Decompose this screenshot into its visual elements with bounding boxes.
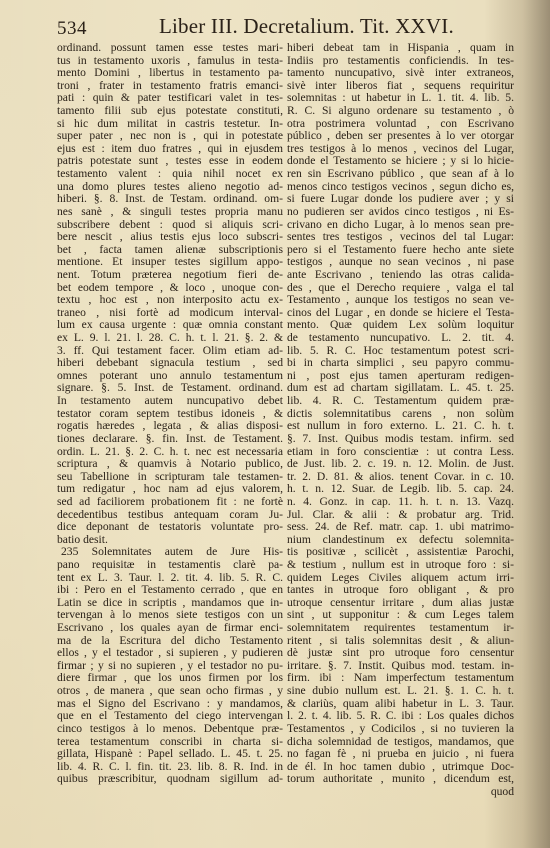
page-number: 534 (57, 18, 87, 40)
text-line: quibus præscribitur, quodnam sigillum ad… (57, 773, 283, 786)
text-line: no fagan fè , ni prueba en juicio , ni f… (287, 748, 514, 761)
text-line: hiberi debebant signacula testium , sed (57, 357, 283, 370)
text-line: l. 2. t. 4. lib. 5. R. C. ibi : Los qual… (287, 710, 514, 723)
text-line: ren sin Escrivano público , que sean af … (287, 168, 514, 181)
text-line: no pudieren ser avidos cinco testigos , … (287, 206, 514, 219)
text-line: tamento nuncupativo, sivè inter extraneo… (287, 67, 514, 80)
text-line: solemnitatem requirentes testamentum ir- (287, 622, 514, 635)
book-page: 534 Liber III. Decretalium. Tit. XXVI. o… (0, 0, 550, 848)
text-line: que en el Testamento del ciego interveng… (57, 710, 283, 723)
text-line: Testamento , aunque los testigos no sean… (287, 294, 514, 307)
running-head: Liber III. Decretalium. Tit. XXVI. (159, 14, 454, 39)
text-line: sess. 24. de Ref. matr. cap. 1. ubi matr… (287, 521, 514, 534)
text-line: quod (287, 786, 514, 799)
text-line: bere nescit , alius testis ejus loco sub… (57, 231, 283, 244)
text-line: sine dubio nullum est. L. 21. §. 1. C. h… (287, 685, 514, 698)
text-line: sed ad faciliorem probationem fit : ne f… (57, 496, 283, 509)
text-line: torum authoritate , munito , dicendum es… (287, 773, 514, 786)
text-line: ex L. 9. l. 21. l. 28. C. h. t. l. 21. §… (57, 332, 283, 345)
text-line: ante Escrivano , teniendo las otras cali… (287, 269, 514, 282)
text-line: de testamento nuncupativo. L. 2. tit. 4. (287, 332, 514, 345)
text-line: In testamento autem nuncupativo debet (57, 395, 283, 408)
text-line: scriptura , & quamvis à Notario publico, (57, 458, 283, 471)
text-line: dice deponant de testatoris voluntate pr… (57, 521, 283, 534)
text-line: super pater , nec non is , qui in potest… (57, 130, 283, 143)
text-line: bi in charta simplici , seu papyro commu… (287, 357, 514, 370)
text-line: gillata, Hispanè : Papel sellado. L. 45.… (57, 748, 283, 761)
text-line: lib. 4. R. C. Testamentum quidem præ- (287, 395, 514, 408)
text-line: tiones declarare. §. fin. Inst. de Testa… (57, 433, 283, 446)
text-line: ordinand. possunt tamen esse testes mari… (57, 42, 283, 55)
text-line: & testium , nullum est in utroque foro :… (287, 559, 514, 572)
text-line: §. 7. Inst. Quibus modis testam. infirm.… (287, 433, 514, 446)
text-line: rogatis hæredes , legata , & alias dispo… (57, 420, 283, 433)
text-line: cinco testigos à lo menos. Debentque præ… (57, 723, 283, 736)
text-line: est nullum in foro externo. L. 21. C. h.… (287, 420, 514, 433)
page-header: 534 Liber III. Decretalium. Tit. XXVI. (57, 14, 517, 38)
text-line: R. C. Si alguno ordenare su testamento ,… (287, 105, 514, 118)
text-line: de Just. lib. 2. c. 19. n. 12. Molin. de… (287, 458, 514, 471)
text-line: sentes tres testigos , vecinos del tal L… (287, 231, 514, 244)
text-line: mento Domini , libertus in testamento pa… (57, 67, 283, 80)
text-line: pano requisitæ in testamentis clarè pa- (57, 559, 283, 572)
right-column: hiberi debeat tam in Hispania , quam inI… (287, 42, 514, 799)
text-line: Escrivano , los quales ayan de firmar en… (57, 622, 283, 635)
text-line: testamento valent : quia nihil nocet ex (57, 168, 283, 181)
text-line: ibi : Pero en el Testamento cerrado , qu… (57, 584, 283, 597)
text-line: Testamentos , y Codicilos , si no tuvier… (287, 723, 514, 736)
text-line: hiberi debeat tam in Hispania , quam in (287, 42, 514, 55)
text-line: n. 4. Gonz. in cap. 11. h. t. n. 13. Vaz… (287, 496, 514, 509)
text-line: otros , de manera , que sean ocho firmas… (57, 685, 283, 698)
text-line: nes sanè , & singuli testes propria manu (57, 206, 283, 219)
text-line: nent. Totum præterea negotium fieri de- (57, 269, 283, 282)
text-line: textu , hoc est , non interposito actu e… (57, 294, 283, 307)
text-line: dè justæ sint pro utroque foro censentur (287, 647, 514, 660)
text-line: ellos , y el testador , si supieren , y … (57, 647, 283, 660)
text-line: tantes in utroque foro obligant , & pro (287, 584, 514, 597)
left-column: ordinand. possunt tamen esse testes mari… (57, 42, 283, 786)
text-line: público , deben ser presentes à lo ver o… (287, 130, 514, 143)
text-line: tamento filii sub ejus potestate constit… (57, 105, 283, 118)
